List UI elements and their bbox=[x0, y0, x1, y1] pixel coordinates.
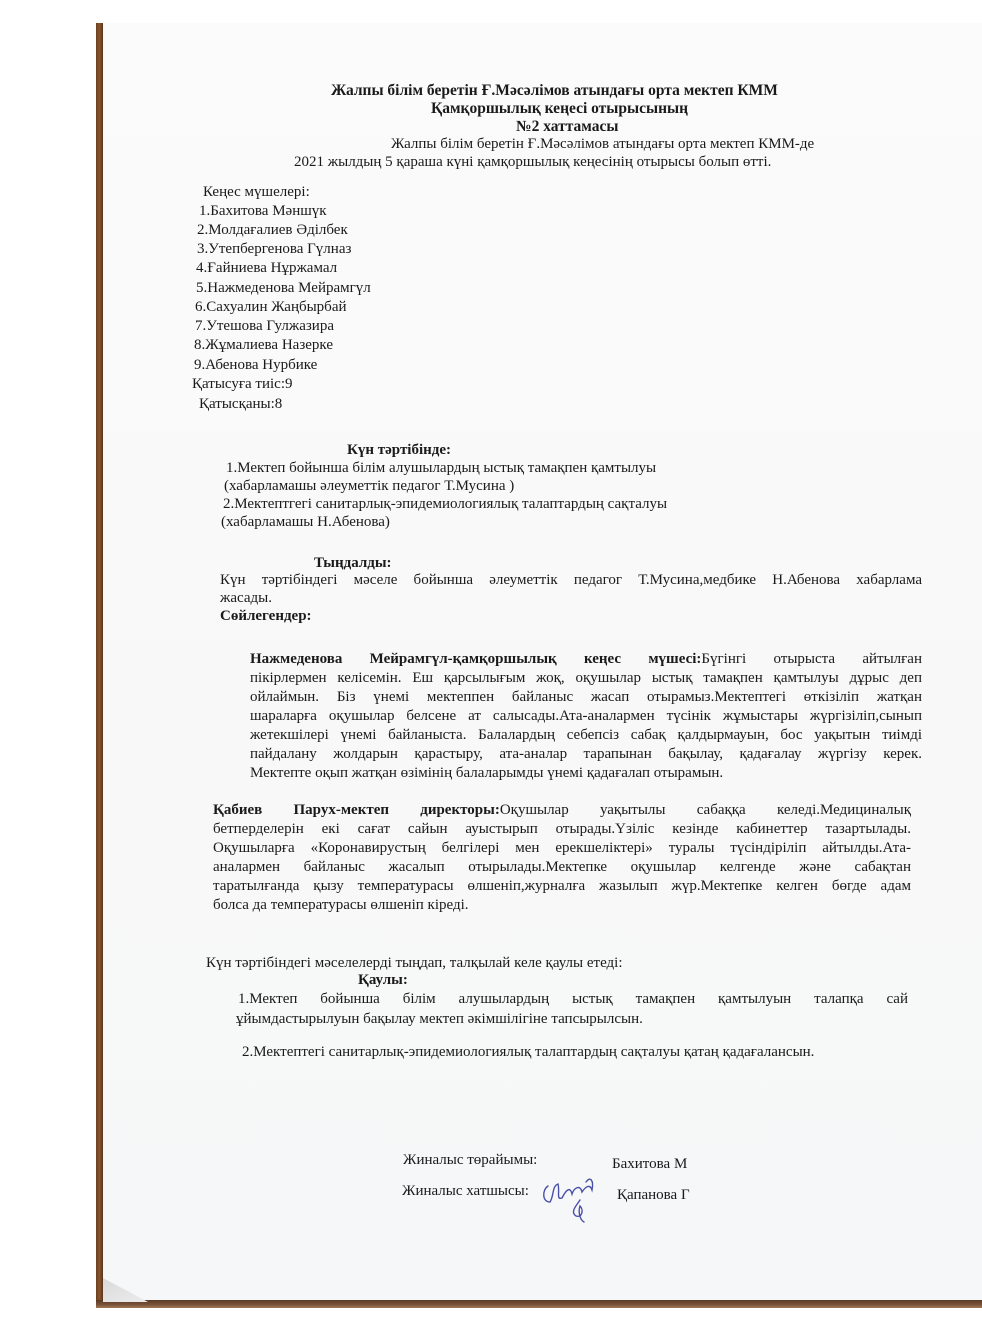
member-item: 6.Сахуалин Жаңбырбай bbox=[195, 299, 347, 316]
decision-item-2: 2.Мектептегі санитарлық-эпидемиологиялық… bbox=[242, 1044, 814, 1061]
speaker-2-line: таратылғанда қызу температурасы өлшеніп,… bbox=[213, 877, 911, 896]
speaker-2-line: бетперделерін екі сағат сайын ауыстырып … bbox=[213, 820, 911, 839]
agenda-item: 2.Мектептгегі санитарлық-эпидемиологиялы… bbox=[223, 496, 667, 513]
secretary-label: Жиналыс хатшысы: bbox=[402, 1183, 529, 1200]
speaker-1-line: пайдалану жолдарын қарастыру, ата-аналар… bbox=[250, 745, 922, 764]
members-title: Кеңес мүшелері: bbox=[203, 184, 310, 201]
heard-line: жасады. bbox=[220, 590, 272, 607]
header-org-line: Жалпы білім беретін Ғ.Мәсәлімов атындағы… bbox=[331, 82, 778, 100]
agenda-item: (хабарламашы әлеуметтік педагог Т.Мусина… bbox=[224, 478, 514, 495]
member-item: 1.Бахитова Мәншүк bbox=[199, 203, 327, 220]
speaker-1-line: шараларға оқушылар белсене ат салысады.А… bbox=[250, 707, 922, 726]
member-item: 8.Жұмалиева Назерке bbox=[194, 337, 333, 354]
should-attend-count: Қатысуға тиіс:9 bbox=[192, 376, 293, 393]
member-item: 9.Абенова Нурбике bbox=[194, 357, 317, 374]
wood-surface-left bbox=[96, 23, 103, 1308]
decision-item-1-line-2: ұйымдастырылуын бақылау мектеп әкімшіліг… bbox=[236, 1011, 643, 1028]
decision-intro: Күн тәртібіндегі мәселелерді тыңдап, тал… bbox=[206, 955, 623, 972]
header-protocol-number: №2 хаттамасы bbox=[516, 118, 618, 136]
chair-label: Жиналыс төрайымы: bbox=[403, 1152, 537, 1169]
agenda-item: 1.Мектеп бойынша білім алушылардың ыстық… bbox=[226, 460, 656, 477]
secretary-name: Қапанова Г bbox=[617, 1187, 690, 1204]
member-item: 4.Ғайниева Нұржамал bbox=[196, 260, 337, 277]
signature-icon bbox=[540, 1172, 602, 1224]
speaker-2-statement: Қабиев Парух-мектеп директоры:Оқушылар у… bbox=[213, 801, 911, 915]
speaker-2-line: аналармен байланыс жасалып отырылады.Мек… bbox=[213, 858, 911, 877]
speaker-2-text: Оқушылар уақытылы сабаққа келеді.Медицин… bbox=[500, 802, 911, 818]
wood-surface-bottom bbox=[96, 1300, 982, 1308]
agenda-item: (хабарламашы Н.Абенова) bbox=[221, 514, 390, 531]
speaker-1-name: Нажмеденова Мейрамгүл-қамқоршылық кеңес … bbox=[250, 651, 701, 667]
member-item: 5.Нажмеденова Мейрамгүл bbox=[196, 280, 371, 297]
speaker-2-line: болса да температурасы өлшеніп кіреді. bbox=[213, 896, 911, 915]
speaker-2-line: Оқушыларға «Коронавирустың белгілері мен… bbox=[213, 839, 911, 858]
speaker-1-line: Мектепте оқып жатқан өзімінің балаларымд… bbox=[250, 764, 922, 783]
speaker-1-line: ойлаймын. Біз үнемі мектеппен байланыс ж… bbox=[250, 688, 922, 707]
header-council-line: Қамқоршылық кеңесі отырысының bbox=[431, 100, 688, 118]
speaker-1-line: пікірлермен келісемін. Еш қарсылығым жоқ… bbox=[250, 669, 922, 688]
heard-line: Күн тәртібіндегі мәселе бойынша әлеуметт… bbox=[220, 572, 922, 589]
speaker-1-text: Бүгінгі отырыста айтылған bbox=[701, 651, 922, 667]
attended-count: Қатысқаны:8 bbox=[199, 396, 282, 413]
speaker-1-line: жетекшілері үнемі байланыста. Балалардың… bbox=[250, 726, 922, 745]
decision-title: Қаулы: bbox=[358, 972, 408, 989]
intro-line-2: 2021 жылдың 5 қараша күні қамқоршылық ке… bbox=[294, 154, 771, 171]
agenda-title: Күн тәртібінде: bbox=[347, 442, 451, 459]
chair-name: Бахитова М bbox=[612, 1156, 687, 1173]
member-item: 3.Утепбергенова Гүлназ bbox=[197, 241, 351, 258]
intro-line-1: Жалпы білім беретін Ғ.Мәсәлімов атындағы… bbox=[391, 136, 814, 153]
speaker-2-name: Қабиев Парух-мектеп директоры: bbox=[213, 802, 500, 818]
speaker-1-statement: Нажмеденова Мейрамгүл-қамқоршылық кеңес … bbox=[250, 650, 922, 783]
decision-item-1-line-1: 1.Мектеп бойынша білім алушылардың ыстық… bbox=[238, 991, 908, 1008]
speakers-title: Сөйлегендер: bbox=[220, 608, 312, 625]
heard-title: Тыңдалды: bbox=[314, 555, 392, 572]
member-item: 2.Молдағалиев Әділбек bbox=[197, 222, 348, 239]
member-item: 7.Утешова Гулжазира bbox=[195, 318, 334, 335]
